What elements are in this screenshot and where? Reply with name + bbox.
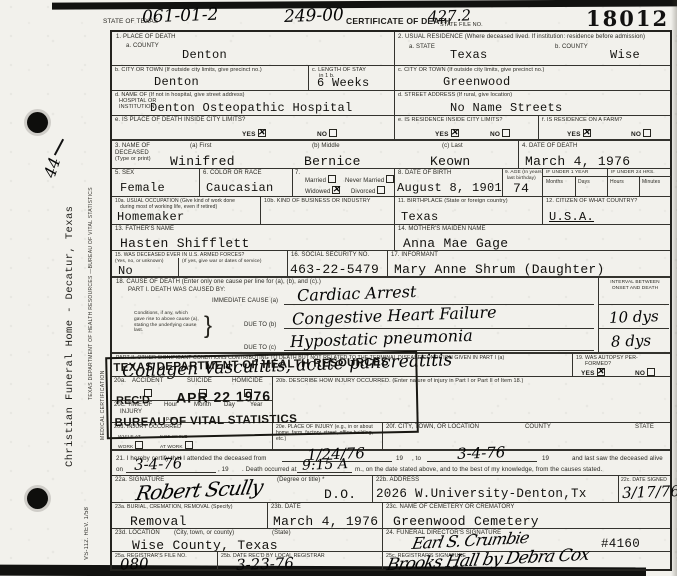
autopsy-yes-checkbox [597, 368, 605, 376]
due-to-b-value: Congestive Heart Failure [292, 302, 497, 328]
field-street-address: d. STREET ADDRESS (If rural, give locati… [394, 90, 670, 115]
residence-state-value: Texas [450, 48, 488, 62]
not-while-at-work-checkbox [185, 441, 193, 449]
field-age: 9. AGE (In years last birthday) 74 [502, 168, 542, 196]
degree-label: (Degree or title) * [277, 477, 325, 484]
date-recd-value: 3-23-76 [236, 554, 294, 574]
header-code-2: 249-00 [284, 5, 344, 27]
cert-death-time: 9:15 A [302, 456, 349, 474]
field-if-under-1-year: IF UNDER 1 YEAR IF UNDER 24 HRS. Months … [542, 168, 670, 196]
street-address-value: No Name Streets [450, 101, 563, 115]
yes-text: YES [435, 131, 449, 138]
punch-hole-top [27, 112, 48, 133]
cert-on-text: on [116, 466, 123, 473]
cert-tail2-text: m., on the date stated above, and to the… [355, 466, 602, 473]
married-checkbox [328, 175, 336, 183]
field-date-of-death: 4. DATE OF DEATH March 4, 1976 [518, 139, 670, 168]
interval-b-value: 10 dys [609, 307, 659, 327]
informant-value: Mary Anne Shrum (Daughter) [394, 262, 605, 277]
date-of-death-value: March 4, 1976 [525, 154, 630, 169]
conditions-note: Conditions, if any, which gave rise to a… [134, 311, 200, 334]
margin-form-code-text: VS-112. REV. 1/58 [84, 468, 90, 560]
field-cemetery-name: 23c. NAME OF CEMETERY OR CREMATORY Green… [382, 502, 670, 528]
middle-name-label: (b) Middle [312, 143, 340, 150]
col-divider [639, 176, 640, 197]
field-usual-residence: 2. USUAL RESIDENCE (Where deceased lived… [394, 32, 670, 65]
residence-state-label: a. STATE [409, 44, 435, 51]
no-label: NO [490, 129, 510, 138]
field-city-of-death: b. CITY OR TOWN (If outside city limits,… [112, 65, 308, 90]
col-divider [575, 176, 576, 197]
field-residence-city: c. CITY OR TOWN (If outside city limits,… [394, 65, 670, 90]
no-text: NO [317, 131, 327, 138]
under-24-hrs-header: IF UNDER 24 HRS. [611, 170, 655, 176]
immediate-cause-label: IMMEDIATE CAUSE (a) [212, 298, 278, 305]
no-text: NO [490, 131, 500, 138]
death-city-limits-no-checkbox [329, 129, 337, 137]
no-text: NO [631, 131, 641, 138]
ssn-label: 16. SOCIAL SECURITY NO. [291, 252, 369, 259]
residence-farm-no-checkbox [643, 129, 651, 137]
residence-city-label: c. CITY OR TOWN (If outside city limits,… [398, 67, 545, 74]
cert-death-text: . Death occurred at [242, 466, 297, 473]
interval-c-value: 8 dys [611, 331, 652, 350]
cert-alive-date: 3-4-76 [134, 454, 183, 474]
divorced-checkbox [377, 186, 385, 194]
yes-label: YES [567, 129, 591, 138]
received-stamp: TEXAS DEPARTMENT OF HEALTH RESOURCES REC… [105, 351, 419, 440]
burial-location-sub1: (City, town, or county) [174, 530, 234, 537]
field-social-security: 16. SOCIAL SECURITY NO. 463-22-5479 [287, 250, 387, 276]
field-autopsy: 19. WAS AUTOPSY PER- FORMED? YES NO [572, 352, 670, 376]
hospital-value: Denton Osteopathic Hospital [150, 101, 353, 115]
months-label: Months [546, 179, 563, 185]
birthplace-value: Texas [401, 210, 439, 224]
yes-label: YES [242, 129, 266, 138]
immediate-cause-value: Cardiac Arrest [297, 282, 417, 305]
residence-farm-label: f. IS RESIDENCE ON A FARM? [542, 117, 622, 124]
degree-value: D.O. [324, 487, 356, 502]
residence-city-limits-no-checkbox [502, 129, 510, 137]
days-label: Days [578, 179, 590, 185]
sex-label: 5. SEX [115, 170, 134, 177]
cert-tail1-text: and last saw the deceased alive [572, 455, 663, 462]
burial-value: Removal [130, 514, 187, 529]
last-name-label: (c) Last [442, 143, 463, 150]
date-signed-value: 3/17/76 [622, 482, 677, 502]
minutes-label: Minutes [642, 179, 660, 185]
never-married-text: Never Married [345, 178, 384, 184]
field-fathers-name: 13. FATHER'S NAME Hasten Shifflett [112, 224, 394, 250]
injury-county-label: COUNTY [525, 424, 551, 431]
stamp-bureau-text: BUREAU OF VITAL STATISTICS [114, 413, 297, 429]
field-burial-removal: 23a. BURIAL, CREMATION, REMOVAL (Specify… [112, 502, 267, 528]
burial-date-label: 23b. DATE [271, 504, 301, 511]
col-divider [178, 258, 179, 277]
city-of-death-label: b. CITY OR TOWN (If outside city limits,… [115, 67, 262, 74]
brace: } [204, 312, 212, 340]
cert-mid-text: , 19 [218, 466, 229, 473]
cert-to-date: 3-4-76 [457, 443, 506, 463]
death-certificate-scan: Christian Funeral Home - Decatur, Texas … [0, 0, 677, 576]
field-residence-on-farm: f. IS RESIDENCE ON A FARM? YES NO [538, 115, 670, 139]
due-to-c-value: Hypostatic pneumonia [290, 326, 473, 351]
informant-label: 17. INFORMANT [391, 252, 438, 259]
burial-label: 23a. BURIAL, CREMATION, REMOVAL (Specify… [115, 504, 233, 510]
field-kind-of-business: 10b. KIND OF BUSINESS OR INDUSTRY [260, 196, 394, 224]
residence-city-limits-yes-checkbox [451, 129, 459, 137]
widowed-checkbox [332, 186, 340, 194]
first-name-value: Winifred [170, 154, 235, 169]
widowed-text: Widowed [305, 189, 330, 195]
field-date-signed: 22c. DATE SIGNED 3/17/76 [618, 475, 670, 502]
length-of-stay-value: 6 Weeks [317, 76, 370, 90]
cemetery-value: Greenwood Cemetery [393, 514, 539, 529]
citizen-label: 12. CITIZEN OF WHAT COUNTRY? [546, 198, 637, 205]
physician-address-value: 2026 W.University-Denton,Tx [376, 487, 587, 501]
field-sex: 5. SEX Female [112, 168, 199, 196]
residence-county-value: Wise [610, 48, 640, 62]
hours-label: Hours [610, 179, 624, 185]
autopsy-no-checkbox [647, 368, 655, 376]
marital-married: Married [305, 175, 336, 185]
header-file-number: 18012 [586, 6, 669, 31]
field-name-of-deceased: 3. NAME OF DECEASED (Type or print) (a) … [112, 139, 518, 168]
married-text: Married [305, 178, 326, 184]
occupation-value: Homemaker [117, 210, 185, 224]
business-label: 10b. KIND OF BUSINESS OR INDUSTRY [264, 198, 371, 205]
funeral-director-number: #4160 [601, 537, 640, 551]
under-1-year-header: IF UNDER 1 YEAR [546, 170, 588, 176]
field-injury-location: 20f. CITY, TOWN, OR LOCATION COUNTY STAT… [382, 422, 670, 449]
armed-forces-sub2: (If yes, give war or dates of service) [182, 259, 262, 265]
field-armed-forces: 15. WAS DECEASED EVER IN U.S. ARMED FORC… [112, 250, 287, 276]
residence-city-limits-label: e. IS RESIDENCE INSIDE CITY LIMITS? [398, 117, 503, 124]
field-registrar-signature: 25c. REGISTRAR'S SIGNATURE Brooks Hall b… [382, 551, 670, 569]
cause-label: 18. CAUSE OF DEATH (Enter only one cause… [116, 279, 321, 286]
no-label: NO [631, 129, 651, 138]
interval-divider [599, 328, 669, 329]
field-physician-address: 22b. ADDRESS 2026 W.University-Denton,Tx [372, 475, 618, 502]
armed-forces-label: 15. WAS DECEASED EVER IN U.S. ARMED FORC… [115, 252, 244, 258]
divorced-text: Divorced [351, 189, 375, 195]
yes-text: YES [242, 131, 256, 138]
age-value: 74 [513, 181, 529, 196]
street-address-label: d. STREET ADDRESS (If rural, give locati… [398, 92, 512, 99]
citizen-value: U.S.A. [549, 210, 594, 224]
col-divider [607, 169, 608, 197]
page-right-edge [671, 0, 677, 576]
stamp-date-text: APR 22 1976 [176, 388, 271, 406]
marital-never: Never Married [345, 175, 394, 185]
race-label: 6. COLOR OR RACE [203, 170, 262, 177]
margin-handwritten-note: 44 [40, 155, 64, 180]
field-usual-occupation: 10a. USUAL OCCUPATION (Give kind of work… [112, 196, 260, 224]
first-name-label: (a) First [190, 143, 212, 150]
birthplace-label: 11. BIRTHPLACE (State or foreign country… [398, 198, 508, 205]
yes-label: YES [435, 129, 459, 138]
middle-name-value: Bernice [304, 154, 361, 169]
sex-value: Female [120, 181, 165, 195]
margin-note-slash [54, 139, 64, 156]
name-label2: (Type or print) [115, 156, 151, 163]
field-mothers-maiden-name: 14. MOTHER'S MAIDEN NAME Anna Mae Gage [394, 224, 670, 250]
field-certification: 21. I hereby certify that I attended the… [112, 449, 670, 475]
mother-value: Anna Mae Gage [403, 236, 508, 251]
last-name-value: Keown [430, 154, 471, 169]
burial-location-label: 23d. LOCATION [115, 530, 160, 537]
field-registrar-file-no: 25a. REGISTRAR'S FILE NO. 080 [112, 551, 217, 569]
field-color-or-race: 6. COLOR OR RACE Caucasian [199, 168, 292, 196]
marital-widowed: Widowed [305, 186, 340, 196]
field-residence-inside-city-limits: e. IS RESIDENCE INSIDE CITY LIMITS? YES … [394, 115, 538, 139]
field-burial-location: 23d. LOCATION (City, town, or county) (S… [112, 528, 382, 551]
yes-text: YES [567, 131, 581, 138]
margin-agency-text: TEXAS DEPARTMENT OF HEALTH RESOURCES —BU… [88, 112, 94, 400]
county-label: a. COUNTY [126, 43, 159, 50]
field-informant: 17. INFORMANT Mary Anne Shrum (Daughter) [387, 250, 670, 276]
date-of-death-label: 4. DATE OF DEATH [522, 143, 577, 150]
cemetery-label: 23c. NAME OF CEMETERY OR CREMATORY [386, 504, 515, 511]
stamp-agency-text: TEXAS DEPARTMENT OF HEALTH RESOURCES [113, 356, 389, 374]
field-length-of-stay: c. LENGTH OF STAY in 1 b. 6 Weeks [308, 65, 394, 90]
usual-residence-label: 2. USUAL RESIDENCE (Where deceased lived… [398, 34, 645, 41]
field-citizen-country: 12. CITIZEN OF WHAT COUNTRY? U.S.A. [542, 196, 670, 224]
cert-to-text: , to [412, 455, 421, 462]
marital-divorced: Divorced [351, 186, 385, 196]
field-date-of-birth: 8. DATE OF BIRTH August 8, 1901 [394, 168, 502, 196]
death-city-limits-label: e. IS PLACE OF DEATH INSIDE CITY LIMITS? [115, 117, 245, 124]
residence-farm-yes-checkbox [583, 129, 591, 137]
interval-divider [599, 304, 669, 305]
injury-state-label: STATE [635, 424, 654, 431]
field-interval-onset-death: INTERVAL BETWEEN ONSET AND DEATH 10 dys … [598, 276, 670, 352]
date-of-birth-value: August 8, 1901 [397, 181, 502, 195]
residence-city-value: Greenwood [443, 75, 511, 89]
margin-funeral-home-text: Christian Funeral Home - Decatur, Texas [64, 95, 76, 467]
marital-label: 7. [295, 170, 300, 177]
father-label: 13. FATHER'S NAME [115, 226, 174, 233]
field-hospital: d. NAME OF (If not in hospital, give str… [112, 90, 394, 115]
interval-header: INTERVAL BETWEEN ONSET AND DEATH [607, 280, 663, 292]
header-code-1: 061-01-2 [142, 5, 219, 28]
field-marital-status: 7. Married Never Married Widowed Divorce… [292, 168, 394, 196]
field-death-inside-city-limits: e. IS PLACE OF DEATH INSIDE CITY LIMITS?… [112, 115, 394, 139]
stamp-recd-text: REC'D [116, 394, 150, 407]
county-value: Denton [182, 48, 227, 62]
father-value: Hasten Shifflett [120, 236, 250, 251]
field-burial-date: 23b. DATE March 4, 1976 [267, 502, 382, 528]
date-of-birth-label: 8. DATE OF BIRTH [398, 170, 451, 177]
field-cause-of-death: 18. CAUSE OF DEATH (Enter only one cause… [112, 276, 598, 352]
field-physician-signature: 22a. SIGNATURE (Degree or title) * Rober… [112, 475, 372, 502]
field-birthplace: 11. BIRTHPLACE (State or foreign country… [394, 196, 542, 224]
field-date-recd-registrar: 25b. DATE REC'D BY LOCAL REGISTRAR 3-23-… [217, 551, 382, 569]
field-place-of-death: 1. PLACE OF DEATH a. COUNTY Denton [112, 32, 394, 65]
certificate-form: 1. PLACE OF DEATH a. COUNTY Denton 2. US… [110, 30, 672, 571]
while-at-work-checkbox [135, 441, 143, 449]
ssn-value: 463-22-5479 [290, 262, 379, 277]
punch-hole-bottom [27, 488, 48, 509]
header-file-no-label: STATE FILE NO. [440, 22, 483, 29]
registrar-file-value: 080 [120, 555, 149, 574]
cert-year-text: 19 [542, 455, 549, 462]
part1-label: PART I. DEATH WAS CAUSED BY: [128, 287, 226, 294]
race-value: Caucasian [206, 181, 274, 195]
city-of-death-value: Denton [154, 75, 199, 89]
due-to-b-label: DUE TO (b) [244, 322, 276, 329]
residence-county-label: b. COUNTY [555, 44, 588, 51]
death-city-limits-yes-checkbox [258, 129, 266, 137]
mother-label: 14. MOTHER'S MAIDEN NAME [398, 226, 486, 233]
place-of-death-label: 1. PLACE OF DEATH [116, 34, 176, 41]
cert-year-text: 19 [396, 455, 403, 462]
burial-date-value: March 4, 1976 [273, 514, 378, 529]
burial-location-sub2: (State) [272, 530, 291, 537]
physician-address-label: 22b. ADDRESS [376, 477, 419, 484]
age-label: 9. AGE (In years [505, 170, 542, 176]
no-label: NO [317, 129, 337, 138]
